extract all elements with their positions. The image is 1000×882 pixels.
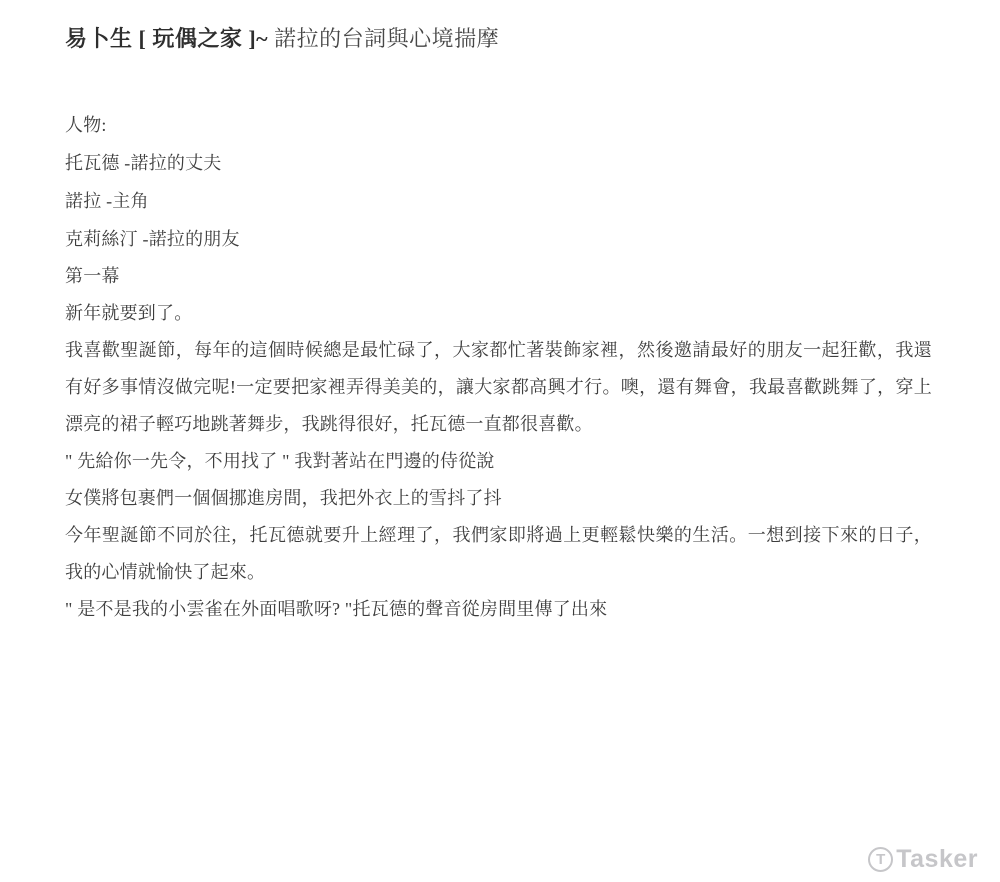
cast-member-nora: 諾拉 -主角 xyxy=(65,182,932,220)
tasker-logo-icon: T xyxy=(868,847,893,872)
paragraph-promotion: 今年聖誕節不同於往，托瓦德就要升上經理了，我們家即將過上更輕鬆快樂的生活。一想到… xyxy=(65,517,932,591)
document-page: 易卜生 [ 玩偶之家 ]~ 諾拉的台詞與心境揣摩 人物: 托瓦德 -諾拉的丈夫 … xyxy=(0,0,1000,628)
cast-list: 人物: 托瓦德 -諾拉的丈夫 諾拉 -主角 克莉絲汀 -諾拉的朋友 xyxy=(65,106,932,258)
cast-member-kristine: 克莉絲汀 -諾拉的朋友 xyxy=(65,220,932,258)
title-regular-segment: 諾拉的台詞與心境揣摩 xyxy=(268,26,499,51)
dialogue-quote-shilling: " 先給你一先令，不用找了 " 我對著站在門邊的侍從說 xyxy=(65,443,932,480)
paragraph-new-year: 新年就要到了。 xyxy=(65,295,932,332)
tasker-brand-text: Tasker xyxy=(896,845,978,874)
dialogue-quote-skylark: " 是不是我的小雲雀在外面唱歌呀? "托瓦德的聲音從房間里傳了出來 xyxy=(65,591,932,628)
paragraph-maid: 女僕將包裹們一個個挪進房間，我把外衣上的雪抖了抖 xyxy=(65,480,932,517)
tasker-watermark: T Tasker xyxy=(868,845,978,874)
page-title: 易卜生 [ 玩偶之家 ]~ 諾拉的台詞與心境揣摩 xyxy=(65,24,932,54)
cast-heading: 人物: xyxy=(65,106,932,144)
act-heading: 第一幕 xyxy=(65,258,932,295)
paragraph-christmas: 我喜歡聖誕節，每年的這個時候總是最忙碌了，大家都忙著裝飾家裡，然後邀請最好的朋友… xyxy=(65,332,932,443)
title-bold-segment: 易卜生 [ 玩偶之家 ]~ xyxy=(65,26,268,51)
cast-member-torvald: 托瓦德 -諾拉的丈夫 xyxy=(65,144,932,182)
